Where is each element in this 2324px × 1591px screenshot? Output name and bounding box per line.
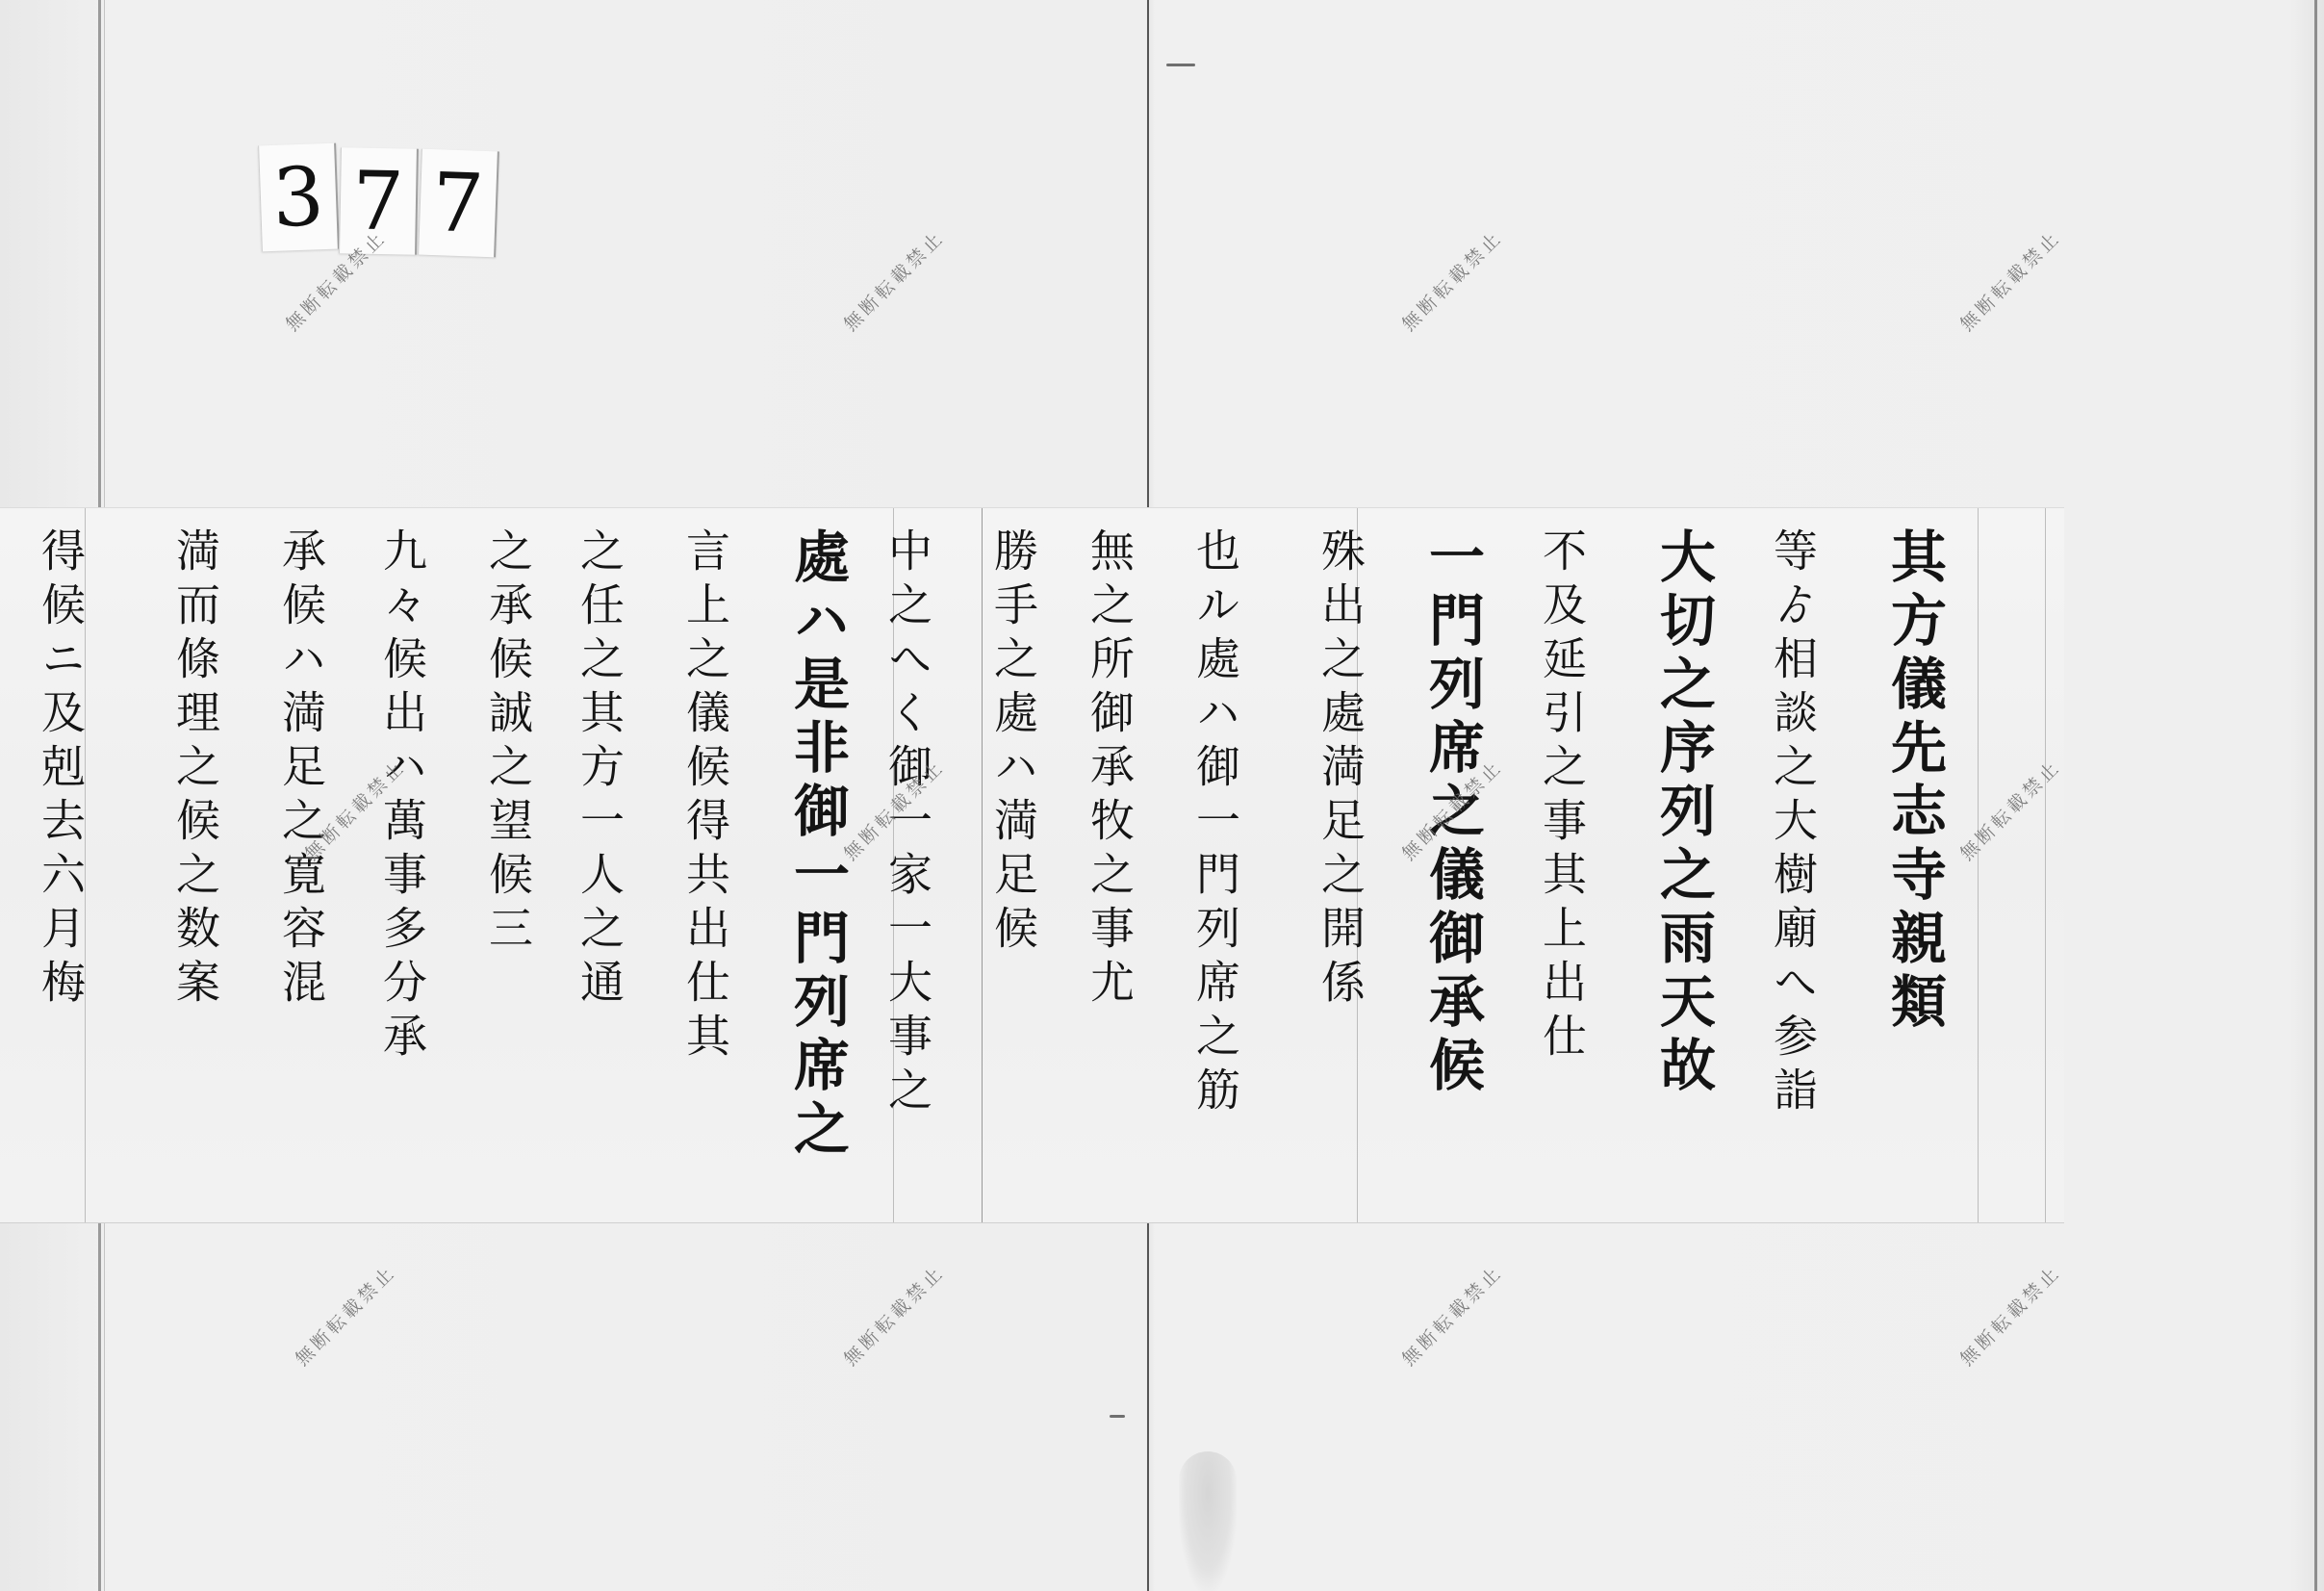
- manuscript-column: 等ゟ相談之大樹廟へ参詣: [1771, 527, 1815, 1120]
- page-number-digit: 3: [258, 143, 340, 252]
- manuscript-column: 言上之儀候得共出仕其: [683, 527, 728, 1066]
- manuscript-column: 之承候誠之望候三: [486, 527, 530, 959]
- ink-mark: [1110, 1415, 1125, 1418]
- manuscript-column: 殊出之處満足之開係: [1318, 527, 1363, 1013]
- manuscript-column: 九々候出ハ萬事多分承: [380, 527, 424, 1066]
- manuscript-column: 處ハ是非御一門列席之: [789, 527, 845, 1163]
- manuscript-column: 大切之序列之雨天故: [1655, 527, 1711, 1099]
- manuscript-column: 勝手之處ハ満足候: [991, 527, 1035, 959]
- manuscript-column: 無之所御承牧之事尤: [1087, 527, 1132, 1013]
- manuscript-column: 也ル處ハ御一門列席之筋: [1193, 527, 1238, 1120]
- manuscript-column: 不及延引之事其上出仕: [1540, 527, 1584, 1066]
- manuscript-column: 之任之其方一人之通: [577, 527, 622, 1013]
- manuscript-column: 承候ハ満足之寛容混: [279, 527, 323, 1013]
- binding-fold-right: [2314, 0, 2317, 1591]
- manuscript-text-columns: 其方儀先志寺親類等ゟ相談之大樹廟へ参詣大切之序列之雨天故不及延引之事其上出仕一門…: [0, 508, 2064, 1222]
- manuscript-column: 満而條理之候之数案: [173, 527, 217, 1013]
- manuscript-column: 得候ニ及剋去六月梅: [38, 527, 83, 1013]
- ink-mark: [1166, 64, 1195, 66]
- page-number-digit: 7: [418, 149, 499, 258]
- manuscript-column: 其方儀先志寺親類: [1886, 527, 1942, 1036]
- paper-stain: [1179, 1451, 1237, 1591]
